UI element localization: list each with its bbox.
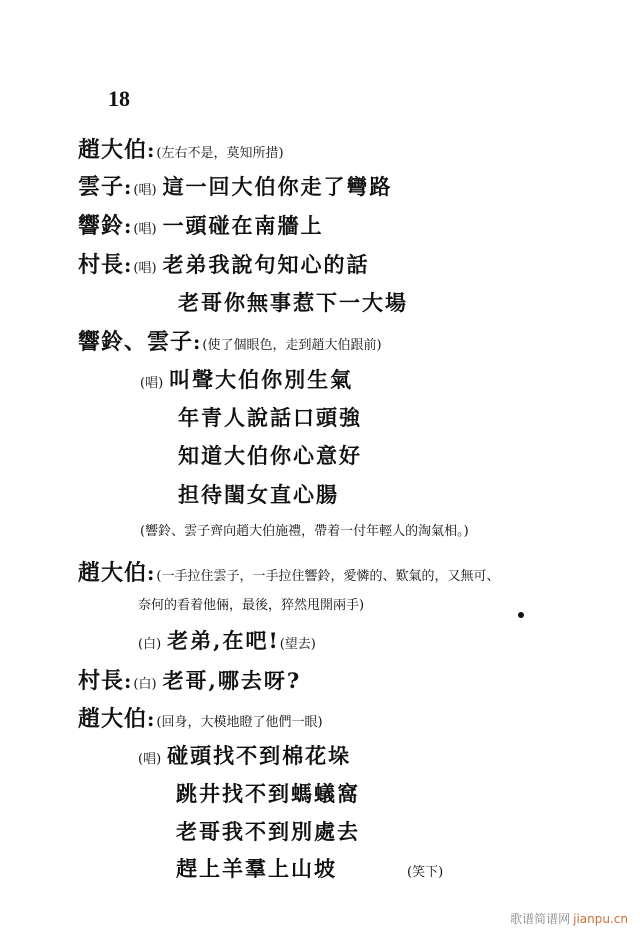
colon: : (193, 330, 200, 354)
script-line: (唱) 碰頭找不到棉花垛 (138, 740, 351, 770)
colon: : (124, 669, 131, 693)
script-line: 村長 : (白) 老哥,哪去呀? (78, 664, 301, 695)
delivery-mode: (唱) (133, 218, 156, 237)
stage-direction: (望去) (280, 633, 316, 652)
delivery-mode: (唱) (140, 372, 163, 391)
watermark: 歌谱简谱网jianpu.cn (510, 910, 628, 927)
colon: : (124, 175, 131, 199)
lyric-text: 担待閨女直心腸 (178, 479, 339, 509)
stage-direction: (響鈴、雲子齊向趙大伯施禮，帶着一付年輕人的淘氣相。) (140, 520, 469, 539)
lyric-text: 老哥,哪去呀? (163, 665, 302, 695)
lyric-text: 老弟我說句知心的話 (163, 249, 370, 279)
script-line: 老哥你無事惹下一大場 (178, 287, 408, 317)
stage-direction: (使了個眼色，走到趙大伯跟前) (202, 334, 381, 353)
script-line: 跳井找不到螞蟻窩 (176, 778, 360, 808)
lyric-text: 老哥你無事惹下一大場 (178, 287, 408, 317)
delivery-mode: (白) (138, 633, 161, 652)
lyric-text: 一頭碰在南牆上 (163, 210, 324, 240)
page-number: 18 (108, 86, 130, 112)
scan-speck (518, 612, 524, 618)
lyric-text: 叫聲大伯你別生氣 (169, 364, 353, 394)
lyric-text: 跳井找不到螞蟻窩 (176, 778, 360, 808)
watermark-site-name: 歌谱简谱网 (510, 912, 570, 926)
lyric-text: 知道大伯你心意好 (178, 440, 362, 470)
lyric-text: 老哥我不到別處去 (176, 816, 360, 846)
speaker-name: 趙大伯 (78, 702, 147, 733)
speaker-name: 雲子 (78, 170, 124, 201)
script-line: 趙大伯 : (回身，大模地瞪了他們一眼) (78, 702, 323, 733)
delivery-mode: (白) (133, 673, 156, 692)
script-line: (白) 老弟,在吧! (望去) (138, 625, 316, 655)
script-line: 老哥我不到別處去 (176, 816, 360, 846)
script-line: 村長 : (唱) 老弟我說句知心的話 (78, 248, 370, 279)
stage-direction: (一手拉住雲子，一手拉住響鈴，愛憐的、歎氣的，又無可、 (156, 565, 499, 584)
stage-direction: (左右不是，莫知所措) (156, 142, 283, 161)
watermark-url: jianpu.cn (573, 912, 628, 926)
speaker-name: 村長 (78, 248, 124, 279)
script-line: 趙大伯 : (一手拉住雲子，一手拉住響鈴，愛憐的、歎氣的，又無可、 (78, 556, 499, 587)
stage-direction: (回身，大模地瞪了他們一眼) (156, 711, 322, 730)
stage-direction: (笑下) (407, 861, 443, 880)
lyric-text: 老弟,在吧! (167, 625, 280, 655)
script-line: 趙大伯 : (左右不是，莫知所措) (78, 133, 284, 164)
script-line: 知道大伯你心意好 (178, 440, 362, 470)
colon: : (147, 707, 154, 731)
script-line: 年青人說話口頭強 (178, 402, 362, 432)
colon: : (147, 138, 154, 162)
lyric-text: 這一回大伯你走了彎路 (163, 171, 393, 201)
colon: : (124, 253, 131, 277)
script-line: (響鈴、雲子齊向趙大伯施禮，帶着一付年輕人的淘氣相。) (140, 520, 469, 539)
speaker-name: 響鈴、雲子 (78, 325, 193, 356)
delivery-mode: (唱) (133, 257, 156, 276)
speaker-name: 趙大伯 (78, 133, 147, 164)
script-line: (唱) 叫聲大伯你別生氣 (140, 364, 353, 394)
lyric-text: 年青人說話口頭強 (178, 402, 362, 432)
speaker-name: 趙大伯 (78, 556, 147, 587)
script-line: 雲子 : (唱) 這一回大伯你走了彎路 (78, 170, 393, 201)
stage-direction: 奈何的看着他倆，最後，猝然甩開兩手) (138, 594, 364, 613)
script-line: 担待閨女直心腸 (178, 479, 339, 509)
colon: : (147, 561, 154, 585)
speaker-name: 村長 (78, 664, 124, 695)
script-line: 響鈴、雲子 : (使了個眼色，走到趙大伯跟前) (78, 325, 382, 356)
colon: : (124, 214, 131, 238)
lyric-text: 趕上羊羣上山坡 (176, 853, 337, 883)
script-line: 響鈴 : (唱) 一頭碰在南牆上 (78, 209, 324, 240)
delivery-mode: (唱) (138, 748, 161, 767)
delivery-mode: (唱) (133, 179, 156, 198)
script-line: 奈何的看着他倆，最後，猝然甩開兩手) (138, 594, 364, 613)
script-line: 趕上羊羣上山坡 (笑下) (176, 853, 443, 883)
lyric-text: 碰頭找不到棉花垛 (167, 740, 351, 770)
speaker-name: 響鈴 (78, 209, 124, 240)
